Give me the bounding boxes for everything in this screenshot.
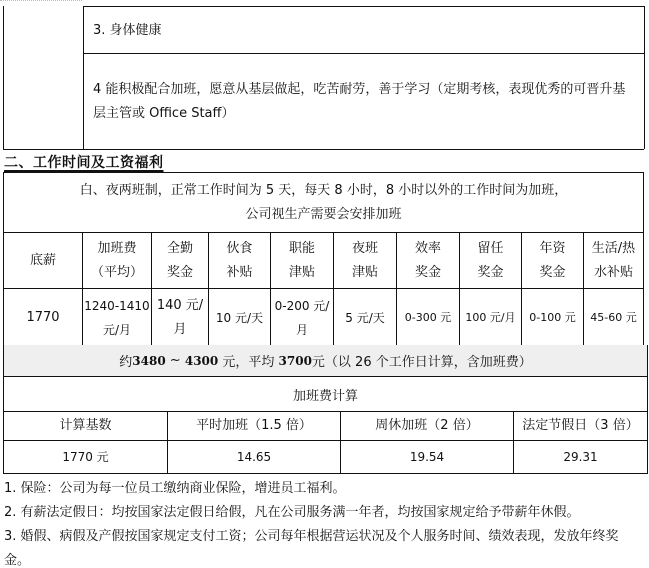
value-label: 100 元/月 bbox=[465, 306, 515, 330]
value-label: 29.31 bbox=[563, 445, 597, 469]
pay-value-row: 1770 1240-1410 元/月 140 元/月 10 元/天 0-200 … bbox=[4, 289, 643, 347]
note-insurance: 1. 保险：公司为每一位员工缴纳商业保险，增进员工福利。 bbox=[4, 477, 644, 501]
header-night-allowance: 夜班津贴 bbox=[334, 233, 397, 288]
schedule-line-2: 公司视生产需要会安排加班 bbox=[4, 203, 643, 227]
value-night-allowance: 5 元/天 bbox=[334, 289, 397, 346]
value-label: 0-300 元 bbox=[405, 306, 451, 330]
pay-table: 白、夜两班制，正常工作时间为 5 天，每天 8 小时，8 小时以外的工作时间为加… bbox=[3, 172, 644, 346]
summary-tilde: ~ bbox=[166, 353, 185, 368]
summary-avg: 3700 bbox=[279, 354, 312, 368]
overtime-title: 加班费计算 bbox=[3, 377, 648, 412]
value-efficiency-bonus: 0-300 元 bbox=[397, 289, 460, 346]
header-label: 留任奖金 bbox=[474, 237, 507, 285]
value-attendance-bonus: 140 元/月 bbox=[152, 289, 209, 346]
summary-mid: 元，平均 bbox=[218, 351, 278, 370]
value-label: 45-60 元 bbox=[590, 306, 636, 330]
value-label: 0-100 元 bbox=[529, 306, 575, 330]
overtime-value-weekend: 19.54 bbox=[341, 441, 514, 473]
header-label: 周休加班（2 倍） bbox=[375, 414, 478, 438]
pay-header-row: 底薪 加班费（平均） 全勤奖金 伙食补贴 职能津贴 夜班津贴 效率奖金 留任奖金… bbox=[4, 233, 643, 289]
header-label: 加班费（平均） bbox=[91, 237, 143, 285]
note-paid-holidays: 2. 有薪法定假日：均按国家法定假日给假，凡在公司服务满一年者，均按国家规定给予… bbox=[4, 501, 644, 525]
requirement-item-3: 3. 身体健康 bbox=[83, 6, 645, 54]
summary-prefix: 约 bbox=[119, 351, 132, 370]
benefit-notes: 1. 保险：公司为每一位员工缴纳商业保险，增进员工福利。 2. 有薪法定假日：均… bbox=[4, 477, 644, 568]
header-label: 计算基数 bbox=[59, 414, 111, 438]
value-label: 5 元/天 bbox=[345, 306, 385, 330]
overtime-value-base: 1770 元 bbox=[4, 441, 168, 473]
header-label: 底薪 bbox=[30, 249, 56, 273]
header-label: 全勤奖金 bbox=[164, 237, 196, 285]
value-retention-bonus: 100 元/月 bbox=[460, 289, 522, 346]
header-label: 法定节假日（3 倍） bbox=[522, 414, 638, 438]
header-label: 职能津贴 bbox=[285, 237, 319, 285]
requirement-item-4: 4 能积极配合加班，愿意从基层做起，吃苦耐劳，善于学习（定期考核，表现优秀的可晋… bbox=[83, 53, 645, 149]
work-schedule-cell: 白、夜两班制，正常工作时间为 5 天，每天 8 小时，8 小时以外的工作时间为加… bbox=[4, 173, 643, 233]
header-attendance-bonus: 全勤奖金 bbox=[152, 233, 209, 288]
header-efficiency-bonus: 效率奖金 bbox=[397, 233, 460, 288]
value-function-allowance: 0-200 元/月 bbox=[271, 289, 334, 346]
value-label: 0-200 元/月 bbox=[272, 294, 332, 342]
value-label: 1770 元 bbox=[62, 445, 108, 469]
header-seniority-bonus: 年资奖金 bbox=[522, 233, 584, 288]
value-label: 10 元/天 bbox=[216, 306, 263, 330]
requirements-label-cell bbox=[4, 6, 84, 149]
header-base-salary: 底薪 bbox=[4, 233, 83, 288]
header-label: 平时加班（1.5 倍） bbox=[196, 414, 312, 438]
overtime-header-row: 计算基数 平时加班（1.5 倍） 周休加班（2 倍） 法定节假日（3 倍） bbox=[3, 412, 648, 441]
summary-min: 3480 bbox=[132, 354, 165, 368]
overtime-value-holiday: 29.31 bbox=[514, 441, 647, 473]
overtime-value-weekday: 14.65 bbox=[168, 441, 341, 473]
summary-max: 4300 bbox=[185, 354, 218, 368]
value-label: 140 元/月 bbox=[155, 294, 205, 342]
value-seniority-bonus: 0-100 元 bbox=[522, 289, 584, 346]
header-meal-allowance: 伙食补贴 bbox=[209, 233, 271, 288]
schedule-line-1: 白、夜两班制，正常工作时间为 5 天，每天 8 小时，8 小时以外的工作时间为加… bbox=[4, 179, 643, 203]
header-label: 夜班津贴 bbox=[348, 237, 382, 285]
overtime-title-label: 加班费计算 bbox=[293, 385, 358, 404]
header-living-allowance: 生活/热水补贴 bbox=[584, 233, 643, 288]
requirements-table: 3. 身体健康 4 能积极配合加班，愿意从基层做起，吃苦耐劳，善于学习（定期考核… bbox=[3, 6, 644, 150]
value-living-allowance: 45-60 元 bbox=[584, 289, 643, 346]
overtime-header-holiday: 法定节假日（3 倍） bbox=[514, 412, 647, 440]
overtime-header-weekday: 平时加班（1.5 倍） bbox=[168, 412, 341, 440]
overtime-header-weekend: 周休加班（2 倍） bbox=[341, 412, 514, 440]
value-base-salary: 1770 bbox=[4, 289, 83, 346]
summary-suffix: 元（以 26 个工作日计算，含加班费） bbox=[312, 351, 532, 370]
value-label: 1770 bbox=[26, 306, 59, 330]
value-overtime-pay: 1240-1410 元/月 bbox=[83, 289, 152, 346]
section-title: 二、工作时间及工资福利 bbox=[4, 152, 164, 172]
overtime-header-base: 计算基数 bbox=[4, 412, 168, 440]
header-label: 伙食补贴 bbox=[223, 237, 256, 285]
value-label: 1240-1410 元/月 bbox=[84, 294, 150, 342]
value-label: 14.65 bbox=[237, 445, 271, 469]
header-retention-bonus: 留任奖金 bbox=[460, 233, 522, 288]
overtime-value-row: 1770 元 14.65 19.54 29.31 bbox=[3, 441, 648, 474]
header-function-allowance: 职能津贴 bbox=[271, 233, 334, 288]
value-label: 19.54 bbox=[410, 445, 444, 469]
salary-summary-row: 约 3480 ~ 4300 元，平均 3700 元（以 26 个工作日计算，含加… bbox=[3, 345, 648, 377]
header-overtime-pay: 加班费（平均） bbox=[83, 233, 152, 288]
header-label: 年资奖金 bbox=[536, 237, 569, 285]
header-label: 生活/热水补贴 bbox=[587, 237, 640, 285]
header-label: 效率奖金 bbox=[411, 237, 445, 285]
value-meal-allowance: 10 元/天 bbox=[209, 289, 271, 346]
dotted-divider bbox=[0, 0, 82, 1]
note-leave-and-bonus: 3. 婚假、病假及产假按国家规定支付工资；公司每年根据营运状况及个人服务时间、绩… bbox=[4, 525, 644, 568]
